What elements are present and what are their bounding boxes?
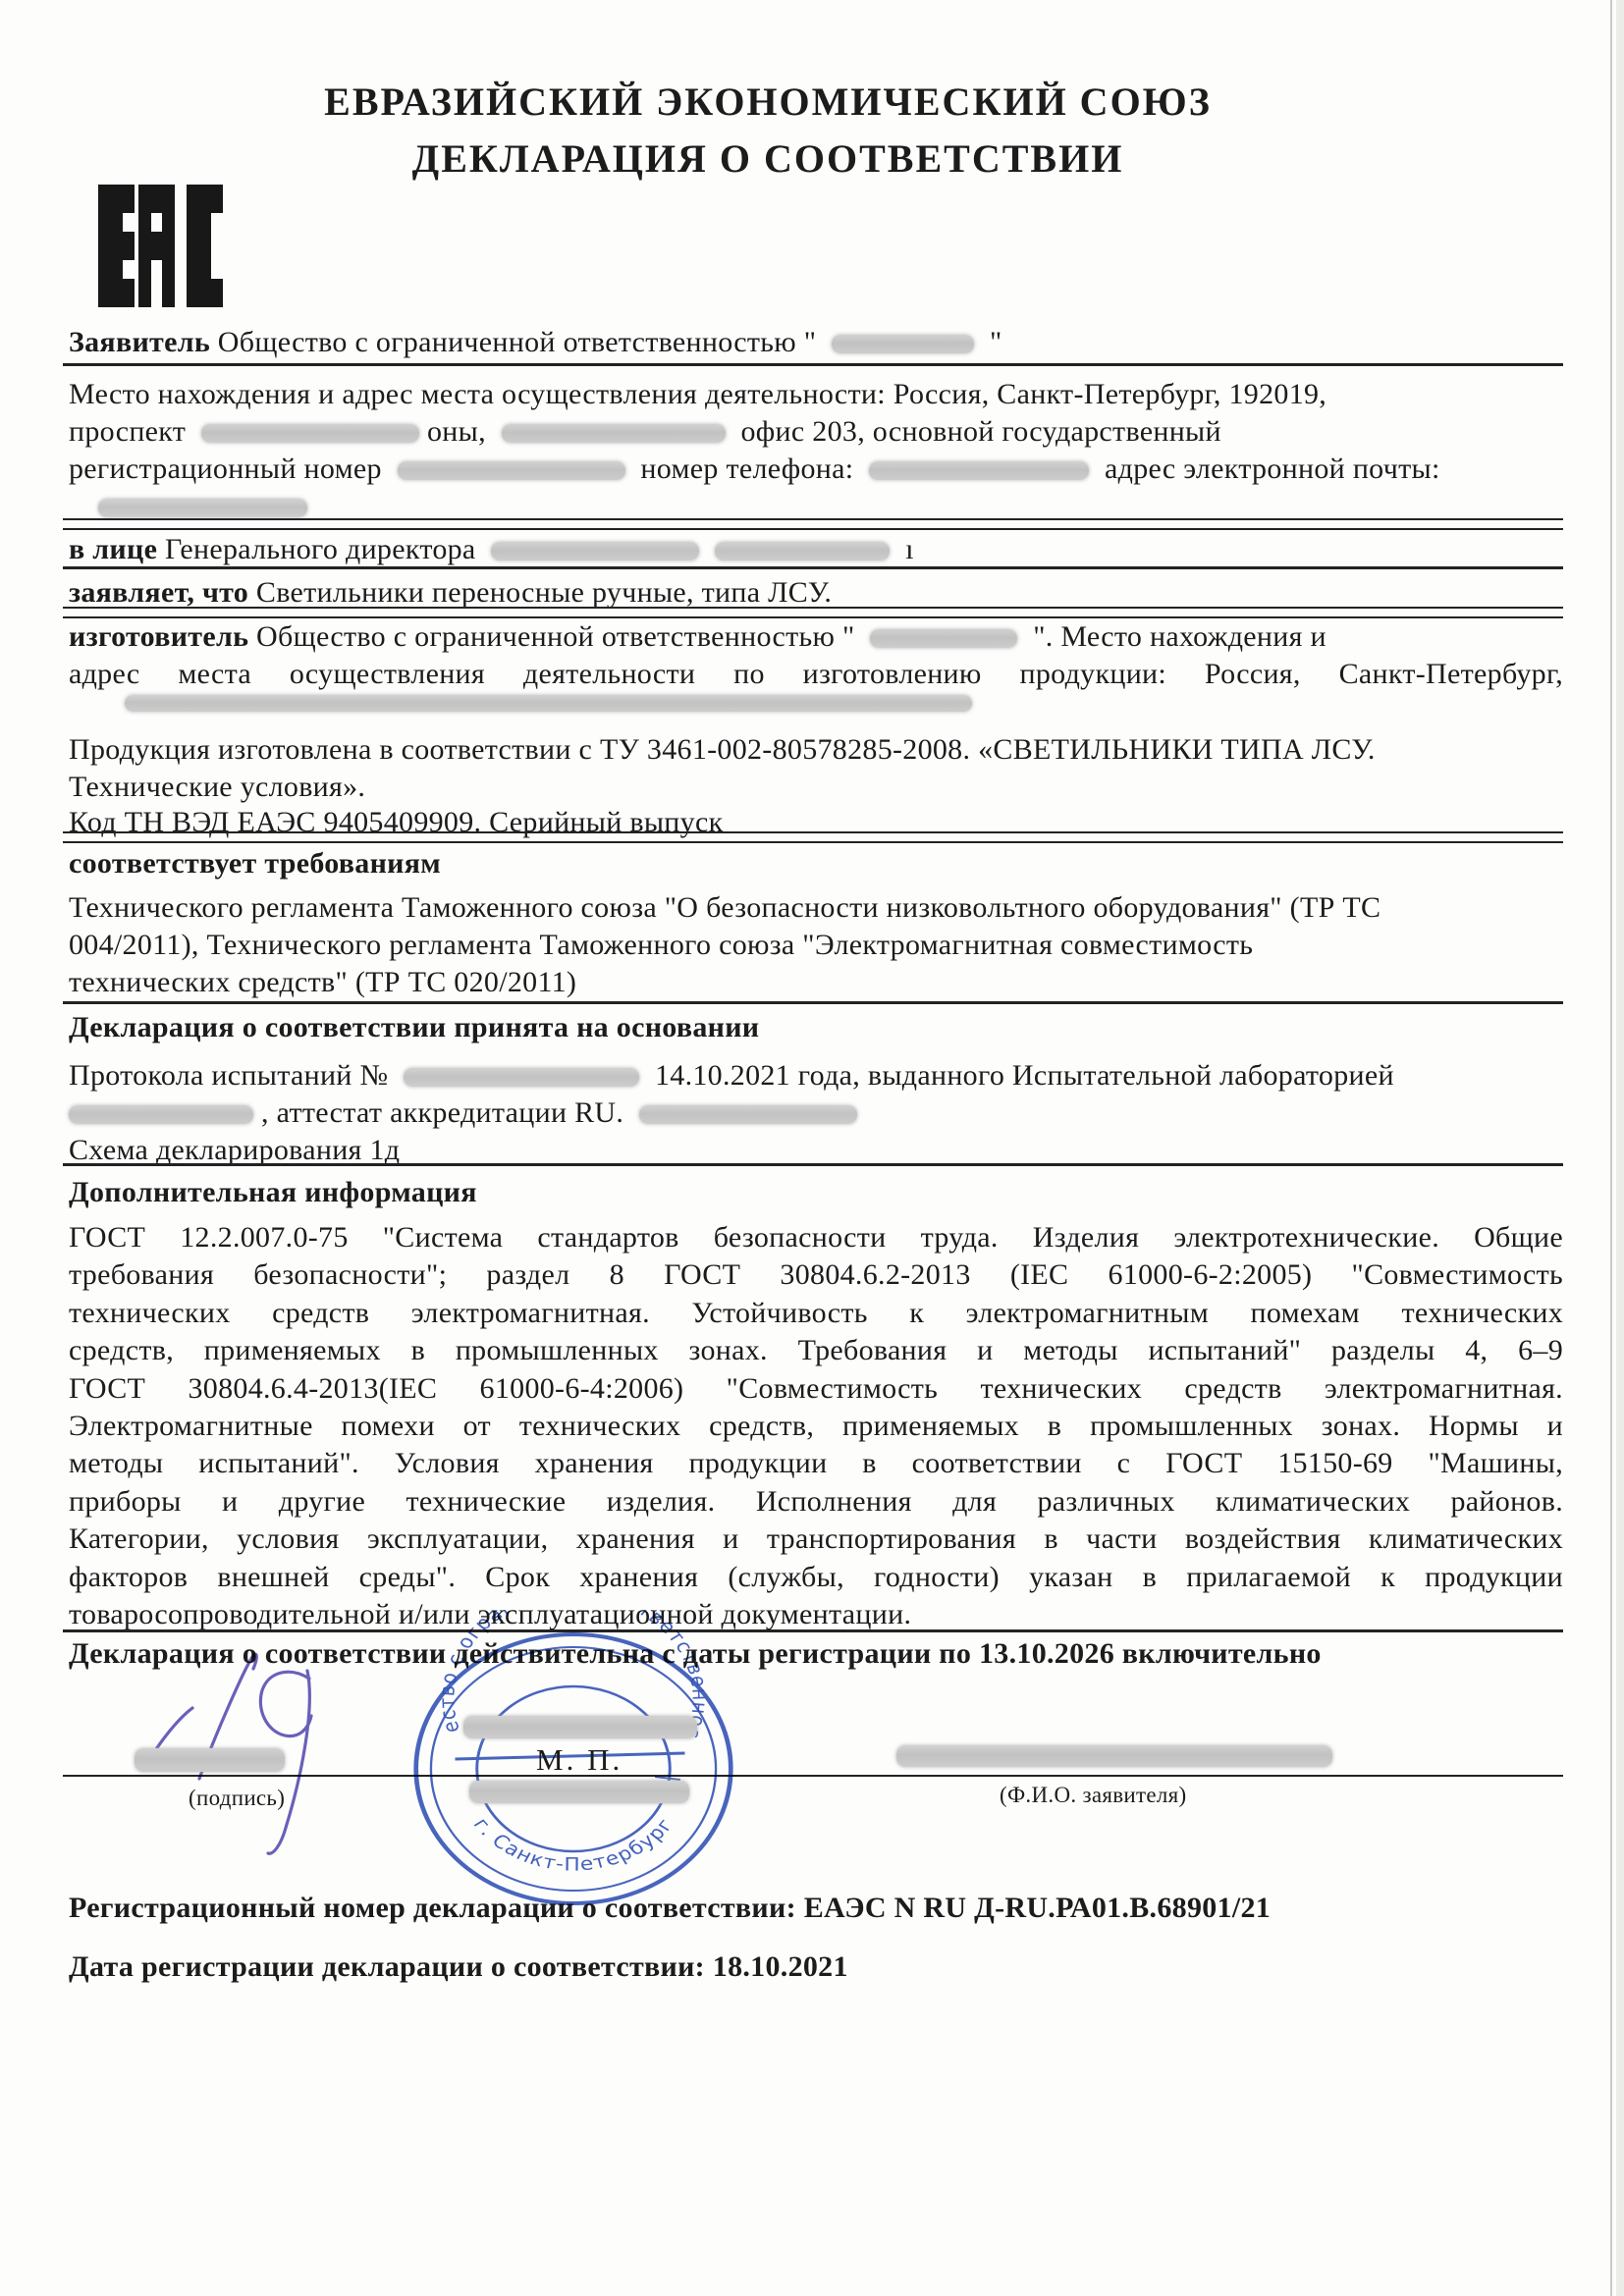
protocol-line1: Протокола испытаний № 14.10.2021 года, в… (69, 1057, 1394, 1095)
address-text: оны, (427, 415, 494, 448)
redacted-accreditation-number (639, 1105, 857, 1124)
complies-line1: Технического регламента Таможенного союз… (69, 889, 1380, 927)
declaration-document: ЕВРАЗИЙСКИЙ ЭКОНОМИЧЕСКИЙ СОЮЗ ДЕКЛАРАЦИ… (0, 0, 1624, 2296)
eac-mark-icon (98, 185, 223, 307)
complies-line3: технических средств" (ТР ТС 020/2011) (69, 964, 576, 1001)
redacted-signer-left (135, 1748, 285, 1772)
address-line3: регистрационный номер номер телефона: ад… (69, 451, 1440, 488)
in-person-label: в лице (69, 533, 157, 565)
additional-info-paragraph: ГОСТ 12.2.007.0-75 "Система стандартов б… (69, 1221, 1563, 1635)
manufacturer-line2: адрес места осуществления деятельности п… (69, 656, 1563, 693)
address-text: проспект (69, 415, 193, 448)
in-person-text: Генерального директора (157, 533, 483, 565)
divider (63, 363, 1563, 366)
redacted-email (98, 499, 307, 517)
page-title-line2: ДЕКЛАРАЦИЯ О СООТВЕТСТВИИ (0, 135, 1536, 182)
manufacturer-text: ". Место нахождения и (1025, 620, 1326, 653)
protocol-text: Протокола испытаний № (69, 1059, 396, 1092)
complies-line2: 004/2011), Технического регламента Тамож… (69, 927, 1253, 964)
redacted-lab-name (69, 1105, 253, 1124)
redacted-manufacturer-address (125, 695, 972, 712)
additional-heading: Дополнительная информация (69, 1174, 477, 1211)
manufacturer-label: изготовитель (69, 620, 248, 653)
divider (63, 518, 1563, 530)
redacted-director-surname (715, 542, 890, 561)
redacted-stamp-upper (463, 1716, 697, 1738)
divider (63, 566, 1563, 569)
complies-heading: соответствует требованиям (69, 845, 441, 882)
address-line2: проспект оны, офис 203, основной государ… (69, 413, 1221, 451)
redacted-ogrn (398, 461, 625, 480)
page-title-line1: ЕВРАЗИЙСКИЙ ЭКОНОМИЧЕСКИЙ СОЮЗ (0, 79, 1536, 125)
address-line1: Место нахождения и адрес места осуществл… (69, 376, 1326, 413)
protocol-line2: , аттестат аккредитации RU. (69, 1095, 865, 1132)
redacted-manufacturer-name (870, 629, 1017, 648)
declarant-quote: " (982, 326, 1001, 358)
address-text: адрес электронной почты: (1097, 453, 1439, 485)
declares-label: заявляет, что (69, 576, 248, 609)
gost-line: технических средств электромагнитная. Ус… (69, 1297, 1563, 1334)
declarant-row: Заявитель Общество с ограниченной ответс… (69, 324, 1002, 361)
redacted-company-name (832, 335, 974, 353)
divider (63, 607, 1563, 618)
in-person-row: в лице Генерального директора ı (69, 531, 914, 568)
declarant-label: Заявитель (69, 326, 210, 358)
divider (63, 1001, 1563, 1004)
scan-edge-line (1610, 0, 1612, 2296)
in-person-tail: ı (897, 533, 913, 565)
product-line2: Технические условия». (69, 769, 365, 806)
gost-line: ГОСТ 12.2.007.0-75 "Система стандартов б… (69, 1221, 1563, 1258)
gost-line: Категории, условия эксплуатации, хранени… (69, 1522, 1563, 1560)
redacted-phone (869, 461, 1089, 480)
product-line1: Продукция изготовлена в соответствии с Т… (69, 731, 1376, 769)
redacted-fio (896, 1745, 1332, 1767)
fio-caption: (Ф.И.О. заявителя) (1000, 1783, 1186, 1808)
gost-line: ГОСТ 30804.6.4-2013(IEC 61000-6-4:2006) … (69, 1372, 1563, 1410)
redacted-stamp-lower (469, 1781, 689, 1803)
gost-line: требования безопасности"; раздел 8 ГОСТ … (69, 1258, 1563, 1296)
gost-line: средств, применяемых в промышленных зона… (69, 1334, 1563, 1371)
protocol-text: 14.10.2021 года, выданного Испытательной… (647, 1059, 1394, 1092)
redacted-protocol-number (404, 1068, 639, 1087)
redacted-street (201, 424, 419, 443)
address-text: офис 203, основной государственный (733, 415, 1221, 448)
protocol-text: , аттестат аккредитации RU. (261, 1096, 631, 1129)
manufacturer-text: Общество с ограниченной ответственностью… (248, 620, 862, 653)
basis-heading: Декларация о соответствии принята на осн… (69, 1009, 759, 1046)
declarant-text: Общество с ограниченной ответственностью… (210, 326, 824, 358)
divider (63, 831, 1563, 843)
divider (63, 1163, 1563, 1166)
gost-line: факторов внешней среды". Срок хранения (… (69, 1561, 1563, 1598)
scan-edge-shade (1616, 0, 1624, 2296)
manufacturer-line1: изготовитель Общество с ограниченной отв… (69, 618, 1326, 656)
address-text: номер телефона: (633, 453, 862, 485)
seal-place-label: М. П. (536, 1742, 623, 1778)
address-text: регистрационный номер (69, 453, 390, 485)
gost-line: Электромагнитные помехи от технических с… (69, 1410, 1563, 1447)
gost-line: приборы и другие технические изделия. Ис… (69, 1485, 1563, 1522)
redacted-director-name (491, 542, 699, 561)
declares-text: Светильники переносные ручные, типа ЛСУ. (248, 576, 832, 609)
redacted-building (502, 424, 726, 443)
gost-line: методы испытаний". Условия хранения прод… (69, 1447, 1563, 1484)
